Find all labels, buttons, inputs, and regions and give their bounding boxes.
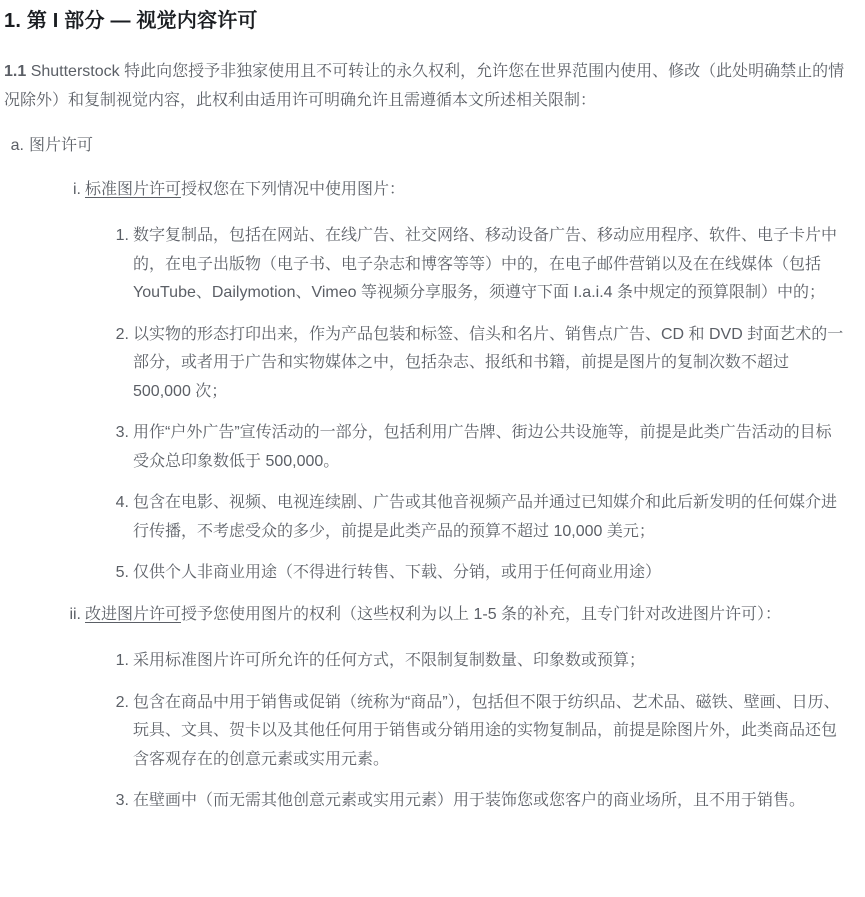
standard-list-item-4: 4. 包含在电影、视频、电视连续剧、广告或其他音视频产品并通过已知媒介和此后新发…: [4, 489, 845, 546]
standard-item-3-text: 用作“户外广告”宣传活动的一部分，包括利用广告牌、街边公共设施等，前提是此类广告…: [133, 419, 845, 476]
enhanced-item-3-text: 在壁画中（而无需其他创意元素或实用元素）用于装饰您或您客户的商业场所，且不用于销…: [133, 787, 845, 816]
clause-1-1-text: Shutterstock 特此向您授予非独家使用且不可转让的永久权利，允许您在世…: [4, 63, 844, 109]
section-a-title: 图片许可: [29, 132, 845, 161]
section-heading: 1. 第 I 部分 — 视觉内容许可: [4, 8, 845, 34]
subsection-i-rest: 授权您在下列情况中使用图片：: [181, 181, 405, 198]
standard-item-2-text: 以实物的形态打印出来，作为产品包装和标签、信头和名片、销售点广告、CD 和 DV…: [133, 321, 845, 407]
standard-item-4-marker: 4.: [4, 489, 133, 518]
clause-1-1: 1.1 Shutterstock 特此向您授予非独家使用且不可转让的永久权利，允…: [4, 58, 845, 115]
standard-item-1-text: 数字复制品，包括在网站、在线广告、社交网络、移动设备广告、移动应用程序、软件、电…: [133, 222, 845, 308]
standard-item-4-text: 包含在电影、视频、电视连续剧、广告或其他音视频产品并通过已知媒介和此后新发明的任…: [133, 489, 845, 546]
enhanced-item-1-text: 采用标准图片许可所允许的任何方式，不限制复制数量、印象数或预算；: [133, 647, 845, 676]
subsection-i-marker: i.: [4, 176, 85, 205]
standard-list-item-1: 1. 数字复制品，包括在网站、在线广告、社交网络、移动设备广告、移动应用程序、软…: [4, 222, 845, 308]
enhanced-list-item-3: 3. 在壁画中（而无需其他创意元素或实用元素）用于装饰您或您客户的商业场所，且不…: [4, 787, 845, 816]
standard-item-2-marker: 2.: [4, 321, 133, 350]
enhanced-list-item-2: 2. 包含在商品中用于销售或促销（统称为“商品”），包括但不限于纺织品、艺术品、…: [4, 689, 845, 775]
standard-item-5-marker: 5.: [4, 559, 133, 588]
section-a-image-license: a. 图片许可: [4, 132, 845, 161]
standard-item-5-text: 仅供个人非商业用途（不得进行转售、下载、分销，或用于任何商业用途）: [133, 559, 845, 588]
clause-1-1-number: 1.1: [4, 63, 26, 80]
subsection-i-text: 标准图片许可授权您在下列情况中使用图片：: [85, 176, 845, 205]
standard-list-item-3: 3. 用作“户外广告”宣传活动的一部分，包括利用广告牌、街边公共设施等，前提是此…: [4, 419, 845, 476]
standard-item-3-marker: 3.: [4, 419, 133, 448]
subsection-ii-rest: 授予您使用图片的权利（这些权利为以上 1-5 条的补充，且专门针对改进图片许可）…: [181, 606, 781, 623]
license-document: 1. 第 I 部分 — 视觉内容许可 1.1 Shutterstock 特此向您…: [0, 0, 865, 816]
standard-image-license-term: 标准图片许可: [85, 181, 181, 198]
enhanced-item-2-marker: 2.: [4, 689, 133, 718]
enhanced-item-1-marker: 1.: [4, 647, 133, 676]
standard-item-1-marker: 1.: [4, 222, 133, 251]
subsection-ii-text: 改进图片许可授予您使用图片的权利（这些权利为以上 1-5 条的补充，且专门针对改…: [85, 601, 845, 630]
enhanced-list-item-1: 1. 采用标准图片许可所允许的任何方式，不限制复制数量、印象数或预算；: [4, 647, 845, 676]
enhanced-item-3-marker: 3.: [4, 787, 133, 816]
standard-list-item-5: 5. 仅供个人非商业用途（不得进行转售、下载、分销，或用于任何商业用途）: [4, 559, 845, 588]
subsection-i-standard-license: i. 标准图片许可授权您在下列情况中使用图片：: [4, 176, 845, 205]
enhanced-item-2-text: 包含在商品中用于销售或促销（统称为“商品”），包括但不限于纺织品、艺术品、磁铁、…: [133, 689, 845, 775]
standard-list-item-2: 2. 以实物的形态打印出来，作为产品包装和标签、信头和名片、销售点广告、CD 和…: [4, 321, 845, 407]
enhanced-image-license-term: 改进图片许可: [85, 606, 181, 623]
section-a-marker: a.: [4, 132, 29, 161]
subsection-ii-enhanced-license: ii. 改进图片许可授予您使用图片的权利（这些权利为以上 1-5 条的补充，且专…: [4, 601, 845, 630]
subsection-ii-marker: ii.: [4, 601, 85, 630]
